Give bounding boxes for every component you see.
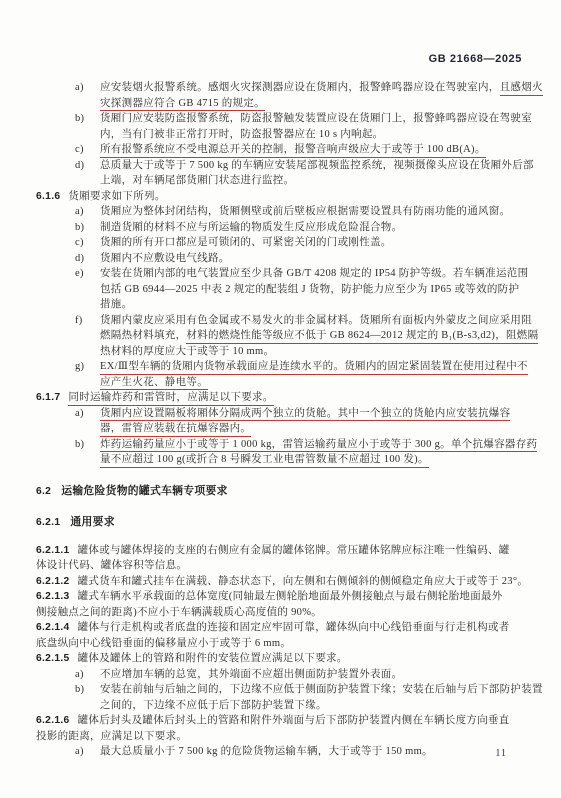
text-line: 内，当有门被非正常打开时，防盗报警器应在 10 s 内响起。 xyxy=(100,127,524,143)
list-item-c: c) 货厢的所有开口都应是可锁闭的、可紧密关闭的门或刚性盖。 xyxy=(75,235,524,251)
text-line: 灾探测器应符合 GB 4715 的规定。 xyxy=(100,96,524,112)
body-text: 体设计代码、罐体容积等信息。 xyxy=(36,560,187,571)
text-line: 底盘纵向中心线铅垂面的偏移量应小于或等于 6 mm。 xyxy=(36,636,524,652)
text-line: 6.2.1.4罐体与行走机构或者底盘的连接和固定应牢固可靠，罐体纵向中心线铅垂面… xyxy=(36,620,524,636)
clause-title-line: 6.2.1.5罐体及罐体上的管路和附件的安装位置应满足以下要求。 xyxy=(36,651,524,667)
body-text: 燃隔热材料填充， xyxy=(100,330,186,341)
clause-6-2-1-3: 6.2.1.3罐式车辆水平承载面的总体宽度(同轴最左侧轮胎地面最外侧接触点与最右… xyxy=(36,589,524,620)
section-heading-6-2-1: 6.2.1通用要求 xyxy=(36,515,524,531)
document-page: GB 21668—2025 a) 应安装烟火报警系统。感烟火灾探测器应设在货厢内… xyxy=(0,0,561,798)
clause-number: 6.2.1.1 xyxy=(36,545,70,556)
body-text: 货厢门应安装防盗报警系统，防盗报警触发装置应设在货厢门上，报警蜂鸣器应设在驾驶室 xyxy=(100,113,532,124)
text-line: 热材料的厚度应大于或等于 10 mm。 xyxy=(100,344,524,360)
list-item-a: a) 不应增加车辆的总宽，其外端面不应超出侧面防护装置外表面。 xyxy=(75,667,524,683)
body-text: 制造货厢的材料不应与所运输的物质发生反应形成危险混合物。 xyxy=(100,222,402,233)
text-line: 所有报警系统应不受电源总开关的控制，报警音响声级应大于或等于 100 dB(A)… xyxy=(100,142,524,158)
item-label: g) xyxy=(75,359,100,390)
text-line: 燃隔热材料填充，材料的燃烧性能等级应不低于 GB 8624—2012 规定的 B… xyxy=(100,328,524,344)
clause-6-1-7: 6.1.7同时运输炸药和雷管时，应满足以下要求。 a) 货厢内应设置隔板将厢体分… xyxy=(36,390,524,468)
list-item-b: b) 货厢门应安装防盗报警系统，防盗报警触发装置应设在货厢门上，报警蜂鸣器应设在… xyxy=(75,111,524,142)
body-text: 之间的，下边缘不应低于后下部防护装置下缘。 xyxy=(100,700,327,711)
revision-underlined-text: EX/Ⅲ型车辆的货厢内货物承载面应是连续水平的。货厢内的固定紧固装置在使用过程中… xyxy=(100,361,528,375)
body-text: 货厢的所有开口都应是可锁闭的、可紧密关闭的门或刚性盖。 xyxy=(100,237,392,248)
body-text: 货厢内蒙皮应采用有色金属或不易发火的非金属材料。货厢所有面板内外蒙皮之间应采用阻 xyxy=(100,315,532,326)
item-label: a) xyxy=(75,406,100,437)
standard-code: GB 21668—2025 xyxy=(429,53,522,65)
revision-underlined-text: 同时运输炸药和雷管时，应满足以下要求。 xyxy=(68,392,273,406)
revision-underlined-text: 炸药运输药量应小于或等于 1 000 kg，雷管运输药量应小于或等于 300 g… xyxy=(100,439,537,453)
body-text: 应安装烟火报警系统。感烟火灾探测器应设在货厢内，报警蜂鸣器应设在驾驶室内， xyxy=(100,82,500,93)
revision-underlined-text: 且感烟火 xyxy=(500,82,543,96)
list-item-c: c) 所有报警系统应不受电源总开关的控制，报警音响声级应大于或等于 100 dB… xyxy=(75,142,524,158)
revision-underlined-text: 货厢内应设置隔板将厢体分隔成两个独立的货舱。其中一个独立的货舱内应安装抗爆容 xyxy=(100,408,510,422)
text-line: 器，雷管应装载在抗爆容器内。 xyxy=(100,421,524,437)
list-item-a: a) 货厢应为整体封闭结构，货厢侧壁或前后壁板应根据需要设置具有防雨功能的通风窗… xyxy=(75,204,524,220)
revision-underlined-text: 器，雷管应装载在抗爆容器内。 xyxy=(100,423,251,437)
item-label: b) xyxy=(75,682,100,713)
item-label: a) xyxy=(75,744,100,760)
clause-title-line: 6.1.6货厢要求如下所列。 xyxy=(36,189,524,205)
text-line: 6.2.1.2罐式货车和罐式挂车在满载、静态状态下，向左侧和右侧倾斜的侧倾稳定角… xyxy=(36,574,524,590)
text-line: 货厢内蒙皮应采用有色金属或不易发火的非金属材料。货厢所有面板内外蒙皮之间应采用阻 xyxy=(100,313,524,329)
section-title: 通用要求 xyxy=(70,516,114,528)
list-item-d: d) 总质量大于或等于 7 500 kg 的车辆应安装尾部视频监控系统，视频摄像… xyxy=(75,158,524,189)
body-text: 货厢内不应敷设电气线路。 xyxy=(100,253,230,264)
clause-6-1-6: 6.1.6货厢要求如下所列。 a) 货厢应为整体封闭结构，货厢侧壁或前后壁板应根… xyxy=(36,189,524,391)
body-text: 罐体后封头及罐体后封头上的管路和附件外端面与后下部防护装置内侧在车辆长度方向垂直 xyxy=(78,715,510,726)
text-line: 货厢内不应敷设电气线路。 xyxy=(100,251,524,267)
item-label: a) xyxy=(75,80,100,111)
list-item-b: b) 炸药运输药量应小于或等于 1 000 kg，雷管运输药量应小于或等于 30… xyxy=(75,437,524,468)
item-label: a) xyxy=(75,204,100,220)
clause-number: 6.2.1.5 xyxy=(36,653,70,664)
body-text: 货厢应为整体封闭结构，货厢侧壁或前后壁板应根据需要设置具有防雨功能的通风窗。 xyxy=(100,206,510,217)
text-line: 措施。 xyxy=(100,297,524,313)
text-line: 货厢门应安装防盗报警系统，防盗报警触发装置应设在货厢门上，报警蜂鸣器应设在驾驶室 xyxy=(100,111,524,127)
clause-6-2-1-6: 6.2.1.6罐体后封头及罐体后封头上的管路和附件外端面与后下部防护装置内侧在车… xyxy=(36,713,524,760)
list-item-b: b) 制造货厢的材料不应与所运输的物质发生反应形成危险混合物。 xyxy=(75,220,524,236)
revision-underlined-text: 量不应超过 100 g(或折合 8 号瞬发工业电雷管数量不应超过 100 发)。 xyxy=(100,454,429,468)
text-line: 不应增加车辆的总宽，其外端面不应超出侧面防护装置外表面。 xyxy=(100,667,524,683)
item-label: f) xyxy=(75,313,100,360)
section-number: 6.2 xyxy=(36,486,51,497)
body-text: 总质量大于或等于 7 500 kg 的车辆应安装尾部视频监控系统，视频摄像头应设… xyxy=(100,160,534,171)
clause-number: 6.2.1.2 xyxy=(36,576,70,587)
body-text: 不应增加车辆的总宽，其外端面不应超出侧面防护装置外表面。 xyxy=(100,669,402,680)
revision-underlined-text: 灾探测器应符合 GB 4715 的规定。 xyxy=(100,98,265,112)
text-line: 包括 GB 6944—2025 中表 2 规定的配装组 J 货物，防护能力应至少… xyxy=(100,282,524,298)
text-line: 6.2.1.6罐体后封头及罐体后封头上的管路和附件外端面与后下部防护装置内侧在车… xyxy=(36,713,524,729)
revision-underlined-text: 所有报警系统应不受电源总开关的控制，报警音响声级应大于或等于 100 dB(A)… xyxy=(100,144,486,158)
item-label: d) xyxy=(75,251,100,267)
clause-number: 6.2.1.6 xyxy=(36,715,70,726)
item-label: c) xyxy=(75,235,100,251)
body-text: 投影的距离，应满足以下要求。 xyxy=(36,731,187,742)
item-label: b) xyxy=(75,111,100,142)
list-item-e: e) 安装在货厢内部的电气装置应至少具备 GB/T 4208 规定的 IP54 … xyxy=(75,266,524,313)
item-label: b) xyxy=(75,437,100,468)
list-item-a: a) 货厢内应设置隔板将厢体分隔成两个独立的货舱。其中一个独立的货舱内应安装抗爆… xyxy=(75,406,524,437)
text-line: EX/Ⅲ型车辆的货厢内货物承载面应是连续水平的。货厢内的固定紧固装置在使用过程中… xyxy=(100,359,524,375)
item-label: e) xyxy=(75,266,100,313)
clause-6-2-1-1: 6.2.1.1罐体或与罐体焊接的支座的右侧应有金属的罐体铭牌。常压罐体铭牌应标注… xyxy=(36,543,524,574)
list-item-b: b) 安装在前轴与后轴之间的，下边缘不应低于侧面防护装置下缘；安装在后轴与后下部… xyxy=(75,682,524,713)
text-line: 投影的距离，应满足以下要求。 xyxy=(36,729,524,745)
clause-title: 罐体及罐体上的管路和附件的安装位置应满足以下要求。 xyxy=(78,653,348,664)
body-text: 罐式车辆水平承载面的总体宽度(同轴最左侧轮胎地面最外侧接触点与最右侧轮胎地面最外 xyxy=(78,591,503,602)
item-label: a) xyxy=(75,667,100,683)
body-text: 侧接触点之间的距离)不应小于车辆满载质心高度值的 90%。 xyxy=(36,607,322,618)
body-text: 底盘纵向中心线铅垂面的偏移量应小于或等于 6 mm。 xyxy=(36,638,291,649)
text-line: 炸药运输药量应小于或等于 1 000 kg，雷管运输药量应小于或等于 300 g… xyxy=(100,437,524,453)
section-heading-6-2: 6.2运输危险货物的罐式车辆专项要求 xyxy=(36,484,524,500)
revision-underlined-text: 材料的燃烧性能等级应不低于 GB 8624—2012 规定的 B₁(B-s3,d… xyxy=(186,330,538,344)
text-line: 货厢的所有开口都应是可锁闭的、可紧密关闭的门或刚性盖。 xyxy=(100,235,524,251)
page-number: 11 xyxy=(495,748,507,759)
text-line: 6.2.1.1罐体或与罐体焊接的支座的右侧应有金属的罐体铭牌。常压罐体铭牌应标注… xyxy=(36,543,524,559)
body-text: 包括 GB 6944—2025 中表 2 规定的配装组 J 货物，防护能力应至少… xyxy=(100,284,519,295)
list-item-d: d) 货厢内不应敷设电气线路。 xyxy=(75,251,524,267)
clause-number: 6.2.1.3 xyxy=(36,591,70,602)
clause-title: 货厢要求如下所列。 xyxy=(68,191,165,202)
list-item-a: a) 最大总质量小于 7 500 kg 的危险货物运输车辆，大于或等于 150 … xyxy=(75,744,524,760)
clause-6-2-1-5: 6.2.1.5罐体及罐体上的管路和附件的安装位置应满足以下要求。 a) 不应增加… xyxy=(36,651,524,713)
body-text: 罐式货车和罐式挂车在满载、静态状态下，向左侧和右侧倾斜的侧倾稳定角应大于或等于 … xyxy=(78,576,529,587)
text-line: 上端，对车辆尾部货厢门状态进行监控。 xyxy=(100,173,524,189)
body-text: 内，当有门被非正常打开时，防盗报警器应在 10 s 内响起。 xyxy=(100,129,383,140)
section-number: 6.2.1 xyxy=(36,517,60,528)
text-line: 货厢内应设置隔板将厢体分隔成两个独立的货舱。其中一个独立的货舱内应安装抗爆容 xyxy=(100,406,524,422)
text-line: 应产生火花、静电等。 xyxy=(100,375,524,391)
text-line: 安装在前轴与后轴之间的，下边缘不应低于侧面防护装置下缘；安装在后轴与后下部防护装… xyxy=(100,682,524,698)
clause-number: 6.2.1.4 xyxy=(36,622,70,633)
body-text: 最大总质量小于 7 500 kg 的危险货物运输车辆，大于或等于 150 mm。 xyxy=(100,746,433,757)
alarm-requirements-list: a) 应安装烟火报警系统。感烟火灾探测器应设在货厢内，报警蜂鸣器应设在驾驶室内，… xyxy=(36,80,524,189)
text-line: 货厢应为整体封闭结构，货厢侧壁或前后壁板应根据需要设置具有防雨功能的通风窗。 xyxy=(100,204,524,220)
text-line: 总质量大于或等于 7 500 kg 的车辆应安装尾部视频监控系统，视频摄像头应设… xyxy=(100,158,524,174)
text-line: 量不应超过 100 g(或折合 8 号瞬发工业电雷管数量不应超过 100 发)。 xyxy=(100,452,524,468)
body-text: 热材料的厚度应大于或等于 10 mm。 xyxy=(100,346,274,357)
text-line: 应安装烟火报警系统。感烟火灾探测器应设在货厢内，报警蜂鸣器应设在驾驶室内，且感烟… xyxy=(100,80,524,96)
body-text: 上端，对车辆尾部货厢门状态进行监控。 xyxy=(100,175,294,186)
text-line: 侧接触点之间的距离)不应小于车辆满载质心高度值的 90%。 xyxy=(36,605,524,621)
text-line: 最大总质量小于 7 500 kg 的危险货物运输车辆，大于或等于 150 mm。 xyxy=(100,744,524,760)
body-text: 罐体或与罐体焊接的支座的右侧应有金属的罐体铭牌。常压罐体铭牌应标注唯一性编码、罐 xyxy=(78,545,510,556)
list-item-g: g) EX/Ⅲ型车辆的货厢内货物承载面应是连续水平的。货厢内的固定紧固装置在使用… xyxy=(75,359,524,390)
clause-6-2-1-4: 6.2.1.4罐体与行走机构或者底盘的连接和固定应牢固可靠，罐体纵向中心线铅垂面… xyxy=(36,620,524,651)
section-title: 运输危险货物的罐式车辆专项要求 xyxy=(61,485,227,497)
item-label: d) xyxy=(75,158,100,189)
clause-number: 6.1.6 xyxy=(36,191,60,202)
revision-underlined-text: 应产生火花、静电等。 xyxy=(100,377,208,391)
text-line: 之间的，下边缘不应低于后下部防护装置下缘。 xyxy=(100,698,524,714)
text-line: 安装在货厢内部的电气装置应至少具备 GB/T 4208 规定的 IP54 防护等… xyxy=(100,266,524,282)
item-label: b) xyxy=(75,220,100,236)
clause-6-2-1-2: 6.2.1.2罐式货车和罐式挂车在满载、静态状态下，向左侧和右侧倾斜的侧倾稳定角… xyxy=(36,574,524,590)
text-line: 体设计代码、罐体容积等信息。 xyxy=(36,558,524,574)
document-body: a) 应安装烟火报警系统。感烟火灾探测器应设在货厢内，报警蜂鸣器应设在驾驶室内，… xyxy=(36,80,524,760)
text-line: 制造货厢的材料不应与所运输的物质发生反应形成危险混合物。 xyxy=(100,220,524,236)
list-item-f: f) 货厢内蒙皮应采用有色金属或不易发火的非金属材料。货厢所有面板内外蒙皮之间应… xyxy=(75,313,524,360)
body-text: 罐体与行走机构或者底盘的连接和固定应牢固可靠，罐体纵向中心线铅垂面与行走机构或者 xyxy=(78,622,510,633)
item-label: c) xyxy=(75,142,100,158)
body-text: 安装在前轴与后轴之间的，下边缘不应低于侧面防护装置下缘；安装在后轴与后下部防护装… xyxy=(100,684,543,695)
text-line: 6.2.1.3罐式车辆水平承载面的总体宽度(同轴最左侧轮胎地面最外侧接触点与最右… xyxy=(36,589,524,605)
body-text: 措施。 xyxy=(100,299,132,310)
clause-title-line: 6.1.7同时运输炸药和雷管时，应满足以下要求。 xyxy=(36,390,524,406)
body-text: 安装在货厢内部的电气装置应至少具备 GB/T 4208 规定的 IP54 防护等… xyxy=(100,268,528,279)
clause-number: 6.1.7 xyxy=(36,392,60,403)
list-item-a: a) 应安装烟火报警系统。感烟火灾探测器应设在货厢内，报警蜂鸣器应设在驾驶室内，… xyxy=(75,80,524,111)
